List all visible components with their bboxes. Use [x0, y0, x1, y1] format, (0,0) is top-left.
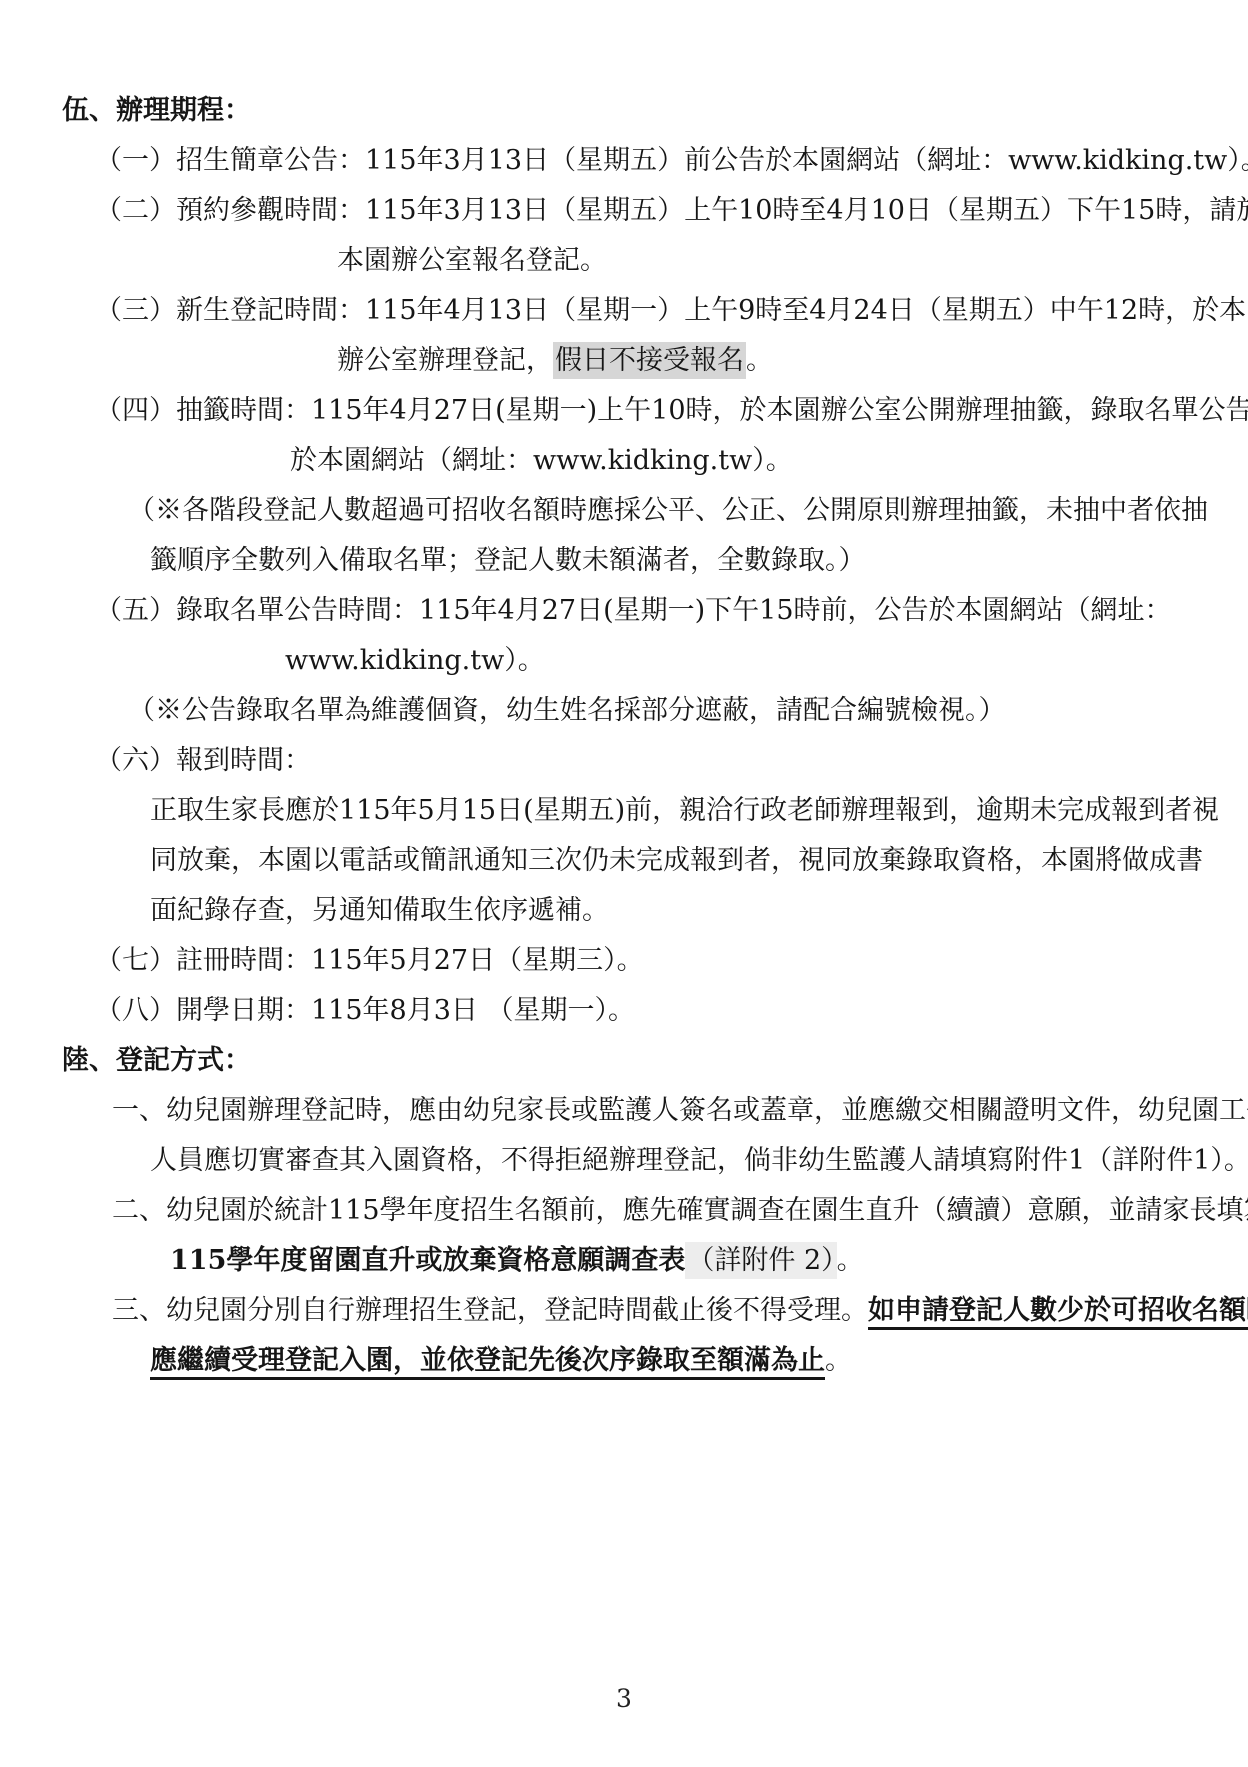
- doc-line: （四）抽籤時間：115年4月27日(星期一)上午10時，於本園辦公室公開辦理抽籤…: [0, 386, 1248, 436]
- doc-line: 三、幼兒園分別自行辦理招生登記，登記時間截止後不得受理。如申請登記人數少於可招收…: [0, 1286, 1248, 1336]
- text-segment: 一、幼兒園辦理登記時，應由幼兒家長或監護人簽名或蓋章，並應繳交相關證明文件，幼兒…: [112, 1095, 1248, 1126]
- doc-line: 正取生家長應於115年5月15日(星期五)前，親洽行政老師辦理報到，逾期未完成報…: [0, 786, 1248, 836]
- doc-line: （一）招生簡章公告：115年3月13日（星期五）前公告於本園網站（網址：www.…: [0, 136, 1248, 186]
- bold-underlined-text: 如申請登記人數少於可招收名額時，: [868, 1295, 1248, 1326]
- text-segment: （八）開學日期：115年8月3日 （星期一）。: [95, 995, 635, 1026]
- doc-line: 本園辦公室報名登記。: [0, 236, 1248, 286]
- doc-line: 面紀錄存查，另通知備取生依序遞補。: [0, 886, 1248, 936]
- text-segment: （五）錄取名單公告時間：115年4月27日(星期一)下午15時前，公告於本園網站…: [95, 595, 1172, 626]
- doc-line: 115學年度留園直升或放棄資格意願調查表（詳附件 2）。: [0, 1236, 1248, 1286]
- text-segment: 同放棄，本園以電話或簡訊通知三次仍未完成報到者，視同放棄錄取資格，本園將做成書: [150, 845, 1203, 876]
- doc-line: www.kidking.tw）。: [0, 636, 1248, 686]
- doc-line: 應繼續受理登記入園，並依登記先後次序錄取至額滿為止。: [0, 1336, 1248, 1386]
- text-segment: （二）預約參觀時間：115年3月13日（星期五）上午10時至4月10日（星期五）…: [95, 195, 1248, 226]
- text-segment: （六）報到時間：: [95, 745, 311, 776]
- text-segment: 。: [825, 1345, 852, 1376]
- document-page: 伍、辦理期程：（一）招生簡章公告：115年3月13日（星期五）前公告於本園網站（…: [0, 0, 1248, 1767]
- doc-line: 陸、登記方式：: [0, 1036, 1248, 1086]
- text-segment: （三）新生登記時間：115年4月13日（星期一）上午9時至4月24日（星期五）中…: [95, 295, 1248, 326]
- text-segment: 本園辦公室報名登記。: [337, 245, 607, 276]
- text-segment: 正取生家長應於115年5月15日(星期五)前，親洽行政老師辦理報到，逾期未完成報…: [150, 795, 1219, 826]
- doc-line: （八）開學日期：115年8月3日 （星期一）。: [0, 986, 1248, 1036]
- text-segment: 。: [746, 345, 773, 376]
- highlighted-text: （詳附件 2）: [685, 1242, 836, 1279]
- doc-line: （※公告錄取名單為維護個資，幼生姓名採部分遮蔽，請配合編號檢視。）: [0, 686, 1248, 736]
- highlighted-text: 假日不接受報名: [553, 342, 746, 379]
- doc-line: 辦公室辦理登記，假日不接受報名。: [0, 336, 1248, 386]
- bold-text: 伍、辦理期程：: [62, 95, 251, 126]
- doc-line: 一、幼兒園辦理登記時，應由幼兒家長或監護人簽名或蓋章，並應繳交相關證明文件，幼兒…: [0, 1086, 1248, 1136]
- text-segment: 籤順序全數列入備取名單；登記人數未額滿者，全數錄取。）: [150, 545, 866, 576]
- doc-line: 籤順序全數列入備取名單；登記人數未額滿者，全數錄取。）: [0, 536, 1248, 586]
- doc-line: （二）預約參觀時間：115年3月13日（星期五）上午10時至4月10日（星期五）…: [0, 186, 1248, 236]
- text-segment: www.kidking.tw）。: [285, 645, 545, 676]
- text-segment: （※公告錄取名單為維護個資，幼生姓名採部分遮蔽，請配合編號檢視。）: [128, 695, 1006, 726]
- text-segment: （一）招生簡章公告：115年3月13日（星期五）前公告於本園網站（網址：www.…: [95, 145, 1248, 176]
- text-segment: 三、幼兒園分別自行辦理招生登記，登記時間截止後不得受理。: [112, 1295, 868, 1326]
- doc-line: （七）註冊時間：115年5月27日（星期三）。: [0, 936, 1248, 986]
- text-segment: 人員應切實審查其入園資格，不得拒絕辦理登記，倘非幼生監護人請填寫附件1（詳附件1…: [150, 1145, 1248, 1176]
- text-segment: 。: [837, 1245, 864, 1276]
- text-segment: 二、幼兒園於統計115學年度招生名額前，應先確實調查在園生直升（續讀）意願，並請…: [112, 1195, 1248, 1226]
- bold-text: 115學年度留園直升或放棄資格意願調查表: [170, 1245, 685, 1276]
- text-segment: （七）註冊時間：115年5月27日（星期三）。: [95, 945, 644, 976]
- doc-line: 於本園網站（網址：www.kidking.tw）。: [0, 436, 1248, 486]
- bold-text: 陸、登記方式：: [62, 1045, 251, 1076]
- doc-line: （六）報到時間：: [0, 736, 1248, 786]
- doc-line: 人員應切實審查其入園資格，不得拒絕辦理登記，倘非幼生監護人請填寫附件1（詳附件1…: [0, 1136, 1248, 1186]
- page-number: 3: [0, 1682, 1248, 1716]
- doc-line: 同放棄，本園以電話或簡訊通知三次仍未完成報到者，視同放棄錄取資格，本園將做成書: [0, 836, 1248, 886]
- doc-line: 伍、辦理期程：: [0, 86, 1248, 136]
- doc-line: （三）新生登記時間：115年4月13日（星期一）上午9時至4月24日（星期五）中…: [0, 286, 1248, 336]
- doc-line: 二、幼兒園於統計115學年度招生名額前，應先確實調查在園生直升（續讀）意願，並請…: [0, 1186, 1248, 1236]
- bold-underlined-text: 應繼續受理登記入園，並依登記先後次序錄取至額滿為止: [150, 1345, 825, 1376]
- doc-line: （※各階段登記人數超過可招收名額時應採公平、公正、公開原則辦理抽籤，未抽中者依抽: [0, 486, 1248, 536]
- document-body: 伍、辦理期程：（一）招生簡章公告：115年3月13日（星期五）前公告於本園網站（…: [0, 86, 1248, 1386]
- text-segment: （四）抽籤時間：115年4月27日(星期一)上午10時，於本園辦公室公開辦理抽籤…: [95, 395, 1248, 426]
- text-segment: （※各階段登記人數超過可招收名額時應採公平、公正、公開原則辦理抽籤，未抽中者依抽: [128, 495, 1208, 526]
- text-segment: 辦公室辦理登記，: [337, 345, 553, 376]
- doc-line: （五）錄取名單公告時間：115年4月27日(星期一)下午15時前，公告於本園網站…: [0, 586, 1248, 636]
- text-segment: 面紀錄存查，另通知備取生依序遞補。: [150, 895, 609, 926]
- text-segment: 於本園網站（網址：www.kidking.tw）。: [290, 445, 793, 476]
